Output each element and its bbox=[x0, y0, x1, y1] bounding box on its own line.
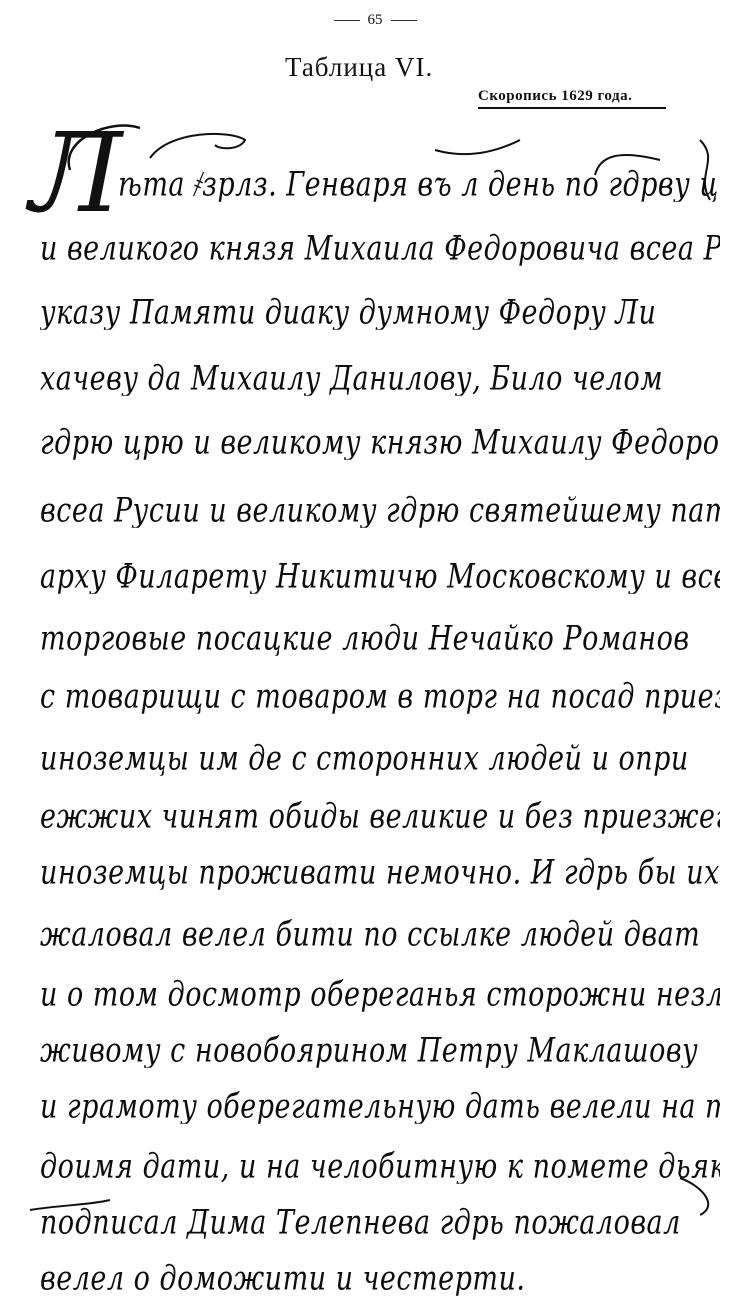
manuscript-line: и о том досмотр обереганья сторожни незл… bbox=[40, 978, 720, 1012]
manuscript-line: жаловал велел бити по ссылке людей дват bbox=[40, 918, 720, 952]
manuscript-line: торговые посацкие люди Нечайко Романов bbox=[40, 622, 720, 656]
manuscript-line: доимя дати, и на челобитную к помете дья… bbox=[40, 1150, 720, 1184]
manuscript-line: велел о доможити и честерти. bbox=[40, 1262, 720, 1296]
manuscript-line: иноземцы им де с сторонних людей и опри bbox=[40, 742, 720, 776]
manuscript-line: с товарищи с товаром в торг на посад при… bbox=[40, 680, 720, 714]
manuscript-line: и великого князя Михаила Федоровича всеа… bbox=[40, 232, 720, 266]
manuscript-line: ежжих чинят обиды великие и без приезжег… bbox=[40, 800, 720, 834]
manuscript-line: хачеву да Михаилу Данилову, Било челом bbox=[40, 362, 720, 396]
manuscript-line: живому с новобоярином Петру Маклашову bbox=[40, 1034, 720, 1068]
manuscript-line: всеа Русии и великому гдрю святейшему па… bbox=[40, 494, 720, 528]
manuscript-line: ѣта ҂зрлз. Генваря въ л день по гдрву цр… bbox=[118, 168, 718, 202]
manuscript-line: гдрю црю и великому князю Михаилу Федоро… bbox=[40, 426, 720, 460]
decorated-initial: Л bbox=[30, 118, 122, 228]
manuscript-line: указу Памяти диаку думному Федору Ли bbox=[40, 296, 720, 330]
manuscript-line: подписал Дима Телепнева гдрь пожаловал bbox=[40, 1206, 720, 1240]
manuscript-line: и грамоту оберегательную дать велели на … bbox=[40, 1090, 720, 1124]
manuscript-line: иноземцы проживати немочно. И гдрь бы их… bbox=[40, 856, 720, 890]
manuscript-line: арху Филарету Никитичю Московскому и все… bbox=[40, 560, 720, 594]
